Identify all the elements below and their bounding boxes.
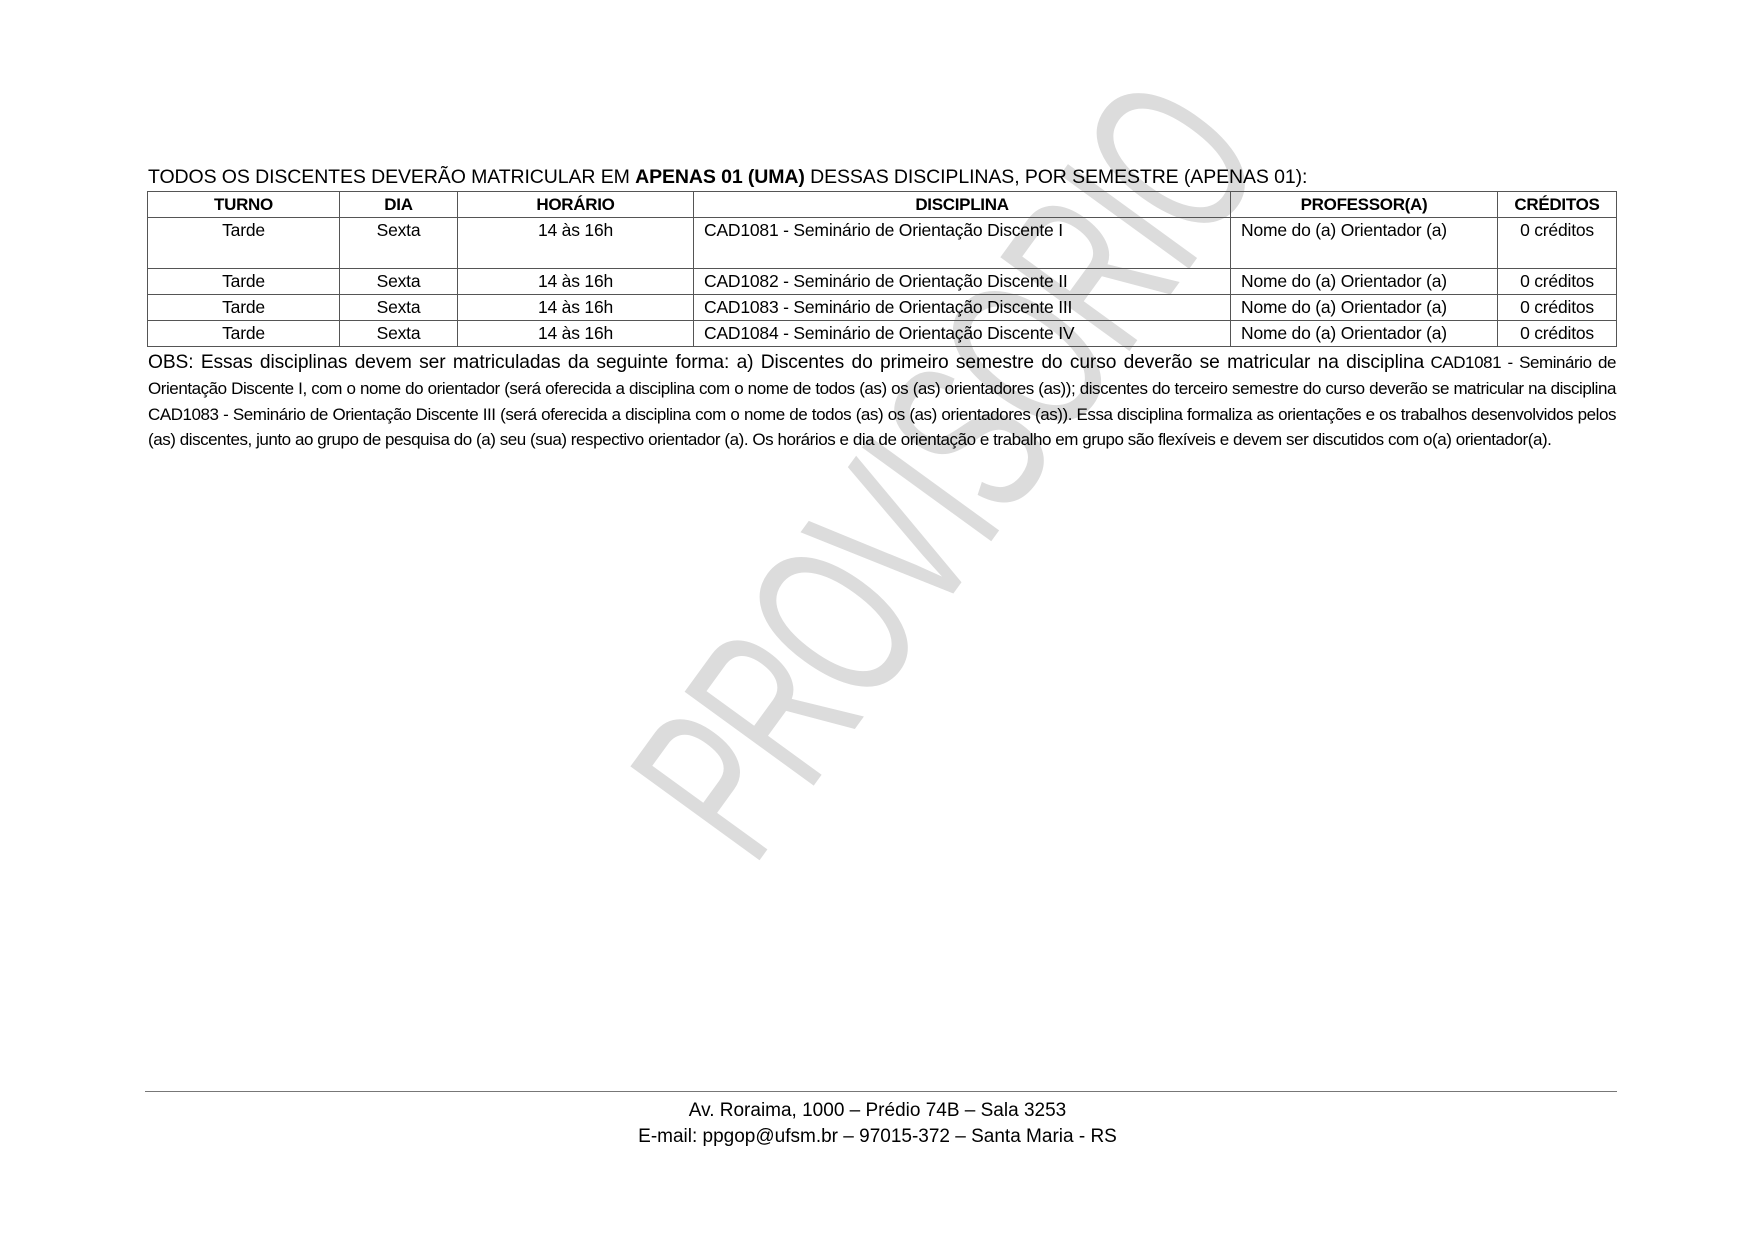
table-row: Tarde Sexta 14 às 16h CAD1082 - Seminári…: [148, 269, 1617, 295]
cell-horario: 14 às 16h: [458, 269, 694, 295]
cell-disciplina: CAD1081 - Seminário de Orientação Discen…: [694, 218, 1231, 269]
footer-contact: E-mail: ppgop@ufsm.br – 97015-372 – Sant…: [0, 1124, 1755, 1150]
cell-creditos: 0 créditos: [1498, 269, 1617, 295]
cell-professor: Nome do (a) Orientador (a): [1231, 218, 1498, 269]
column-header-disciplina: DISCIPLINA: [694, 192, 1231, 218]
cell-horario: 14 às 16h: [458, 295, 694, 321]
cell-disciplina: CAD1082 - Seminário de Orientação Discen…: [694, 269, 1231, 295]
enrollment-heading: TODOS OS DISCENTES DEVERÃO MATRICULAR EM…: [148, 165, 1307, 189]
document-page: PROVISORIO TODOS OS DISCENTES DEVERÃO MA…: [0, 0, 1755, 1241]
heading-emphasis: APENAS 01 (UMA): [635, 166, 805, 188]
footer-divider: [145, 1091, 1617, 1092]
column-header-creditos: CRÉDITOS: [1498, 192, 1617, 218]
page-content: TODOS OS DISCENTES DEVERÃO MATRICULAR EM…: [0, 0, 1755, 1241]
cell-disciplina: CAD1084 - Seminário de Orientação Discen…: [694, 321, 1231, 347]
cell-creditos: 0 créditos: [1498, 321, 1617, 347]
table-row: Tarde Sexta 14 às 16h CAD1083 - Seminári…: [148, 295, 1617, 321]
cell-dia: Sexta: [340, 218, 458, 269]
cell-professor: Nome do (a) Orientador (a): [1231, 321, 1498, 347]
disciplines-table: TURNO DIA HORÁRIO DISCIPLINA PROFESSOR(A…: [147, 191, 1617, 347]
cell-turno: Tarde: [148, 295, 340, 321]
cell-horario: 14 às 16h: [458, 218, 694, 269]
column-header-turno: TURNO: [148, 192, 340, 218]
footer-address: Av. Roraima, 1000 – Prédio 74B – Sala 32…: [0, 1098, 1755, 1124]
cell-dia: Sexta: [340, 269, 458, 295]
heading-suffix: DESSAS DISCIPLINAS, POR SEMESTRE (APENAS…: [805, 166, 1308, 188]
column-header-professor: PROFESSOR(A): [1231, 192, 1498, 218]
cell-professor: Nome do (a) Orientador (a): [1231, 295, 1498, 321]
cell-creditos: 0 créditos: [1498, 218, 1617, 269]
table-header-row: TURNO DIA HORÁRIO DISCIPLINA PROFESSOR(A…: [148, 192, 1617, 218]
column-header-dia: DIA: [340, 192, 458, 218]
cell-turno: Tarde: [148, 269, 340, 295]
cell-turno: Tarde: [148, 218, 340, 269]
column-header-horario: HORÁRIO: [458, 192, 694, 218]
table-row: Tarde Sexta 14 às 16h CAD1081 - Seminári…: [148, 218, 1617, 269]
cell-dia: Sexta: [340, 295, 458, 321]
cell-horario: 14 às 16h: [458, 321, 694, 347]
observation-paragraph: OBS: Essas disciplinas devem ser matricu…: [148, 350, 1616, 453]
cell-dia: Sexta: [340, 321, 458, 347]
cell-professor: Nome do (a) Orientador (a): [1231, 269, 1498, 295]
heading-prefix: TODOS OS DISCENTES DEVERÃO MATRICULAR EM: [148, 166, 635, 188]
observation-lead: OBS: Essas disciplinas devem ser matricu…: [148, 352, 1424, 373]
table-row: Tarde Sexta 14 às 16h CAD1084 - Seminári…: [148, 321, 1617, 347]
cell-turno: Tarde: [148, 321, 340, 347]
cell-disciplina: CAD1083 - Seminário de Orientação Discen…: [694, 295, 1231, 321]
cell-creditos: 0 créditos: [1498, 295, 1617, 321]
